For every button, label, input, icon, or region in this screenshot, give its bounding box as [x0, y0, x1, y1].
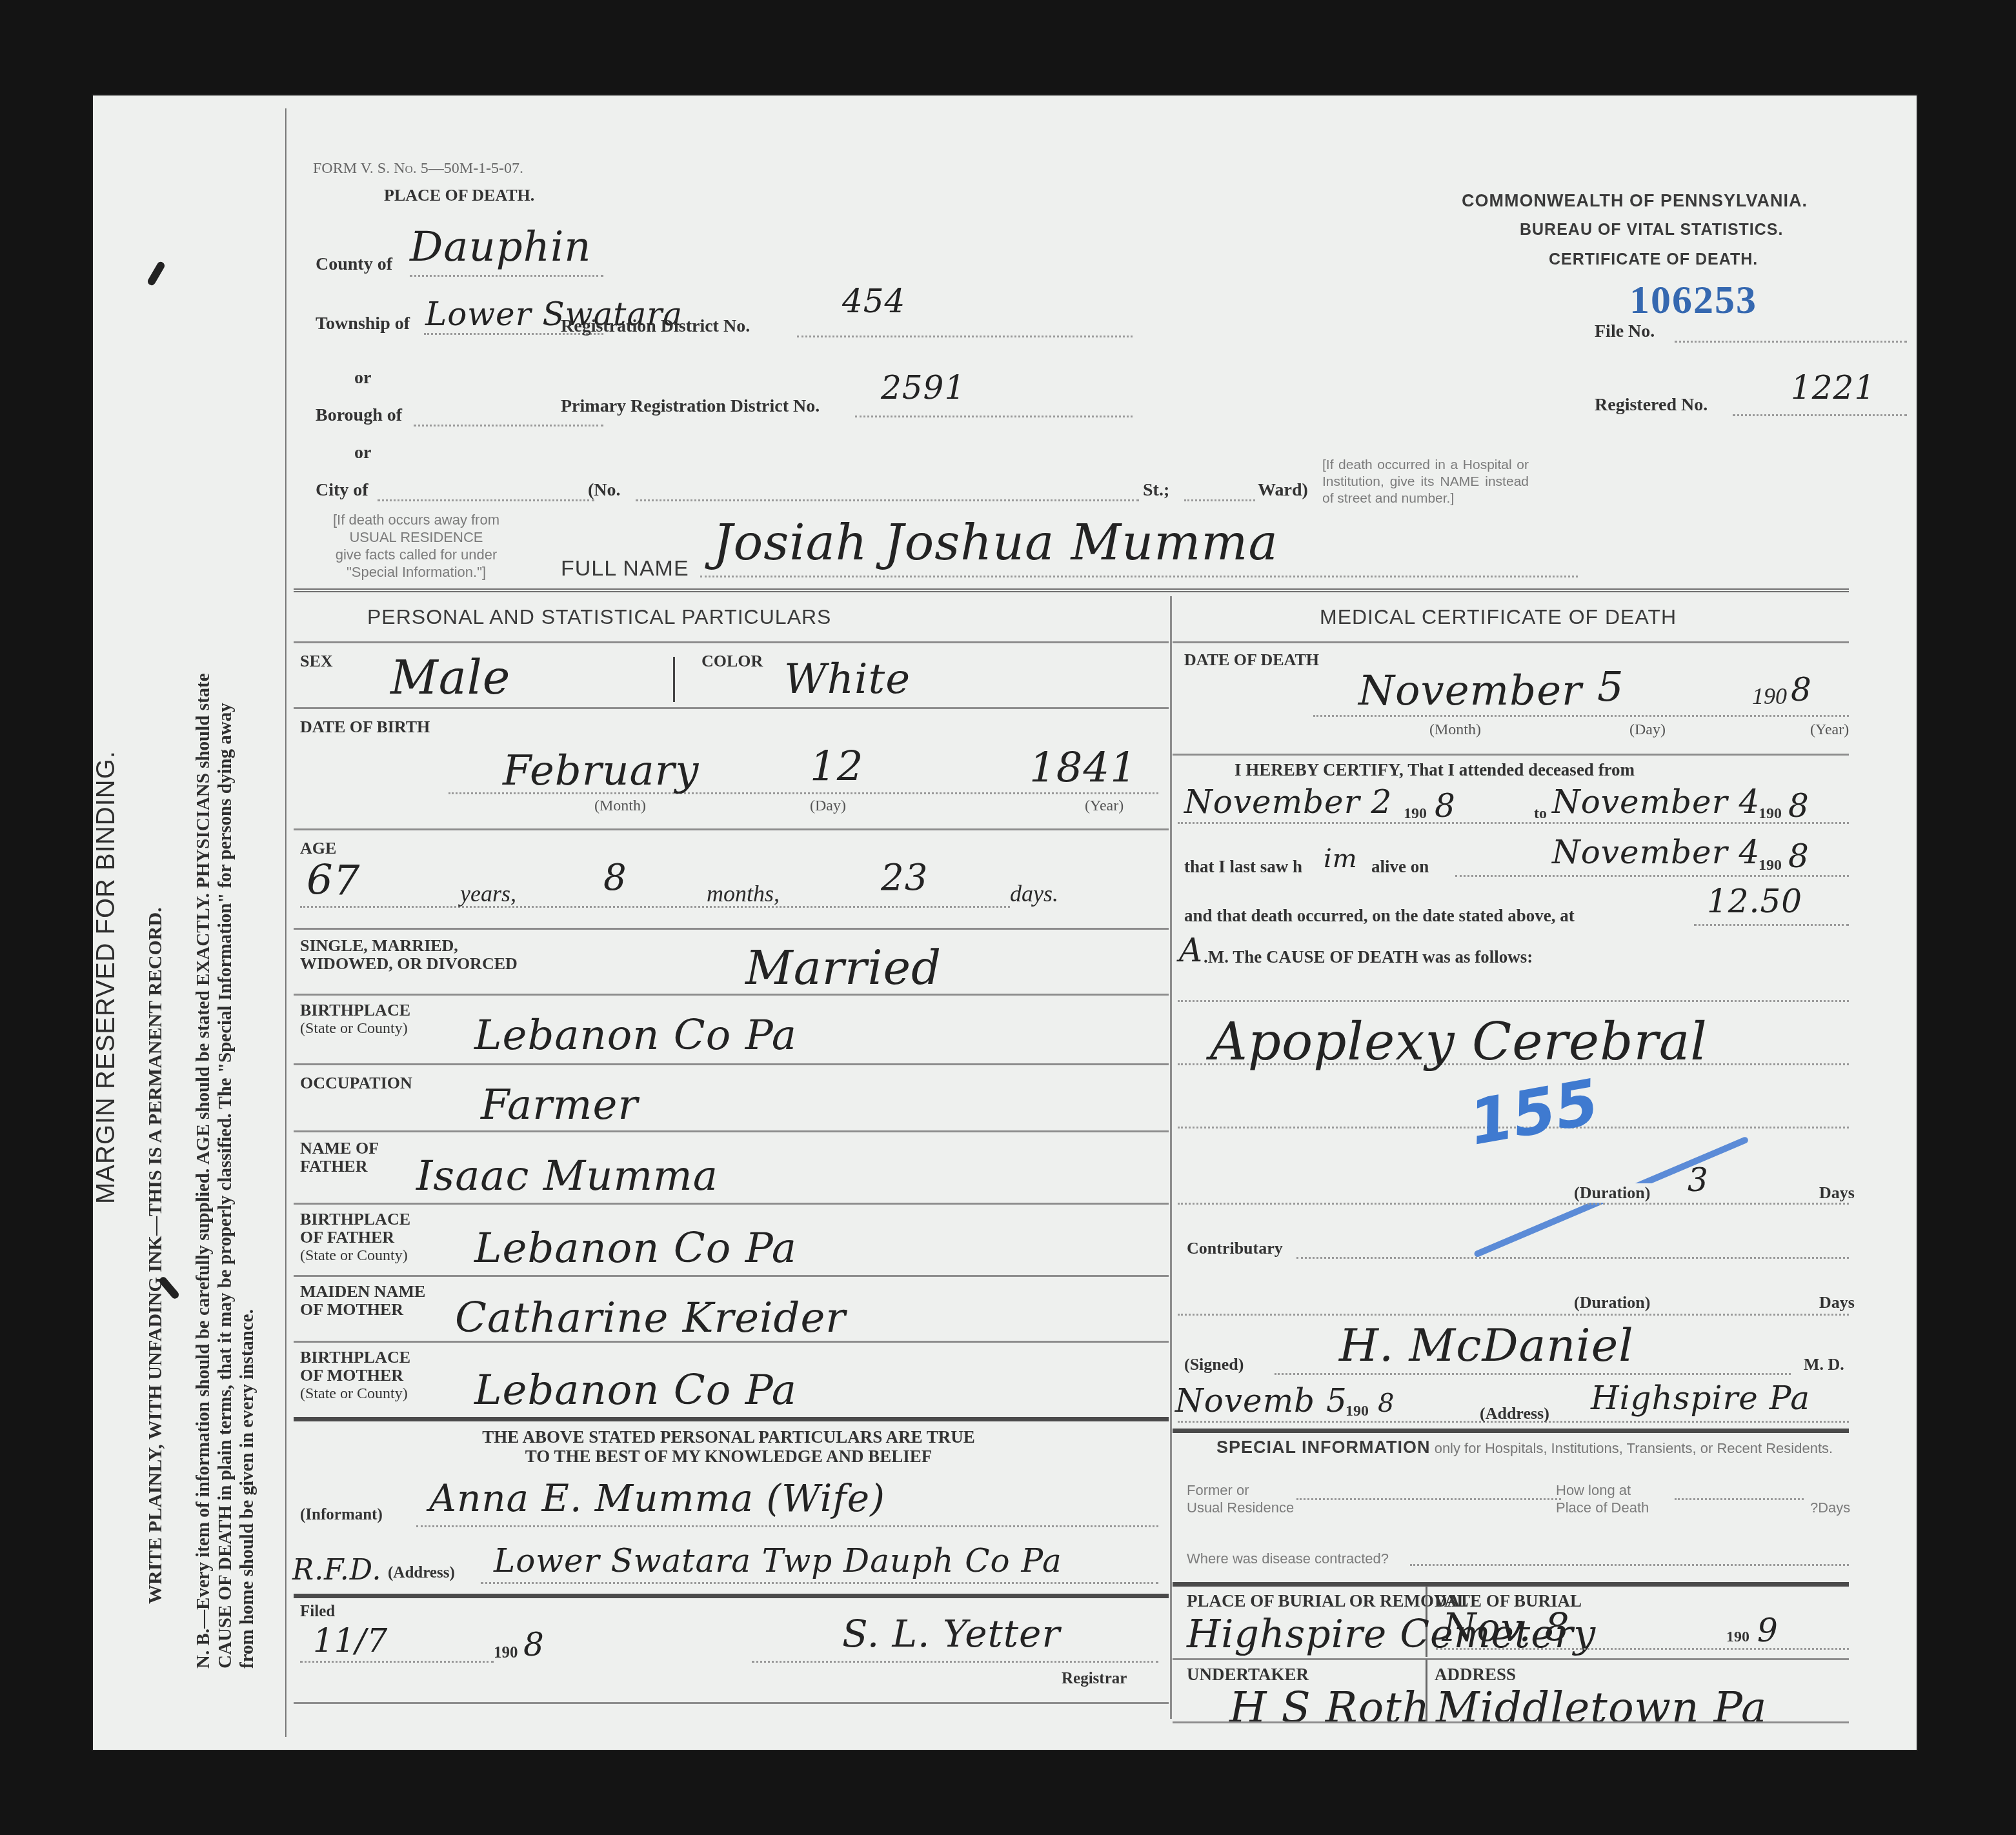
last-saw-year: 8 — [1788, 837, 1809, 875]
birthplace-value: Lebanon Co Pa — [474, 1012, 797, 1059]
how-long-line — [1675, 1498, 1804, 1500]
signed-label: (Signed) — [1184, 1355, 1244, 1374]
color-label: COLOR — [701, 652, 763, 671]
column-divider — [1170, 596, 1172, 1719]
age-days-value: 23 — [881, 857, 928, 899]
street-number-label: (No. — [588, 480, 621, 501]
mother-maiden-name-label-line: OF MOTHER — [300, 1301, 425, 1319]
cause-line — [1178, 1000, 1849, 1002]
usual-residence-note-line: give facts called for under — [300, 546, 532, 563]
duration-label: (Duration) — [1571, 1293, 1653, 1312]
informant-line — [416, 1525, 1158, 1527]
marital-status-label-line: SINGLE, MARRIED, — [300, 937, 518, 955]
burial-year-prefix: 190 — [1726, 1629, 1749, 1646]
death-time-label: and that death occurred, on the date sta… — [1184, 906, 1575, 926]
signature-line — [1275, 1373, 1791, 1375]
marital-status-label-line: WIDOWED, OR DIVORCED — [300, 955, 518, 973]
filed-date-line — [300, 1661, 494, 1663]
registrar-signature: S. L. Yetter — [842, 1612, 1060, 1656]
last-saw-line — [1455, 875, 1849, 877]
age-line — [300, 906, 1010, 908]
file-no-label: File No. — [1595, 321, 1655, 342]
registrar-line — [752, 1661, 1158, 1663]
special-info-subtitle: only for Hospitals, Institutions, Transi… — [1435, 1440, 1833, 1456]
usual-residence-note-line: [If death occurs away from — [300, 511, 532, 528]
father-birthplace-label: BIRTHPLACE OF FATHER (State or County) — [300, 1210, 410, 1265]
section-divider — [294, 588, 1849, 592]
father-name-label: NAME OF FATHER — [300, 1139, 379, 1176]
row-divider — [294, 994, 1169, 996]
form-number: FORM V. S. No. 5—50M-1-5-07. — [313, 160, 523, 177]
age-months-value: 8 — [603, 857, 627, 899]
section-divider — [294, 1594, 1169, 1598]
state-or-county-caption: (State or County) — [300, 1019, 410, 1038]
county-value: Dauphin — [410, 223, 592, 271]
mother-maiden-name-value: Catharine Kreider — [455, 1294, 846, 1342]
informant-address-line — [481, 1582, 1158, 1584]
date-of-birth-label: DATE OF BIRTH — [300, 717, 430, 737]
personal-section-title: PERSONAL AND STATISTICAL PARTICULARS — [367, 605, 831, 629]
last-saw-label: that I last saw h — [1184, 857, 1302, 877]
county-label: County of — [316, 254, 392, 275]
row-divider — [294, 1341, 1169, 1343]
undertaker-value: H S Roth — [1229, 1683, 1430, 1732]
or-label: or — [354, 443, 371, 463]
mother-birthplace-value: Lebanon Co Pa — [474, 1367, 797, 1414]
row-divider — [1173, 1721, 1849, 1723]
date-of-birth-month: February — [503, 747, 699, 795]
full-name-line — [700, 576, 1578, 577]
md-label: M. D. — [1804, 1355, 1844, 1374]
last-saw-pronoun: im — [1324, 844, 1358, 874]
row-divider — [294, 1702, 1169, 1704]
physician-signature: H. McDaniel — [1339, 1319, 1634, 1372]
signed-year: 8 — [1378, 1389, 1395, 1418]
years-word: years, — [460, 880, 516, 907]
former-residence-label: Former or Usual Residence — [1187, 1481, 1294, 1516]
registration-district-value: 454 — [842, 283, 905, 320]
rfd-note: R.F.D. — [292, 1554, 381, 1587]
date-of-death-label: DATE OF DEATH — [1184, 650, 1319, 670]
section-divider — [1173, 1429, 1849, 1433]
how-long-days: ?Days — [1810, 1499, 1850, 1516]
alive-on-label: alive on — [1371, 857, 1429, 877]
full-name-value: Josiah Joshua Mumma — [713, 514, 1278, 571]
or-label: or — [354, 368, 371, 388]
bureau-title: BUREAU OF VITAL STATISTICS. — [1520, 221, 1783, 239]
year-prefix: 190 — [1759, 857, 1782, 874]
father-birthplace-label-line: OF FATHER — [300, 1228, 410, 1247]
date-of-death-line — [1313, 715, 1849, 717]
usual-residence-note-line: USUAL RESIDENCE — [300, 528, 532, 546]
year-caption: (Year) — [1085, 797, 1124, 815]
primary-registration-district-value: 2591 — [881, 369, 965, 406]
attestation-line: TO THE BEST OF MY KNOWLEDGE AND BELIEF — [303, 1447, 1154, 1466]
street-label: St.; — [1143, 480, 1169, 501]
date-of-death-month: November — [1358, 667, 1582, 715]
attestation-line: THE ABOVE STATED PERSONAL PARTICULARS AR… — [303, 1427, 1154, 1447]
section-divider — [1173, 1582, 1849, 1587]
filed-date-value: 11/7 — [313, 1622, 388, 1660]
registration-district-line — [797, 336, 1133, 337]
attended-line — [1178, 822, 1849, 824]
row-divider — [1173, 641, 1849, 643]
death-time-line — [1694, 924, 1849, 926]
row-divider — [1173, 754, 1849, 756]
nb-line-2: CAUSE OF DEATH in plain terms, that it m… — [214, 673, 236, 1669]
sex-color-divider — [673, 657, 675, 702]
borough-line — [414, 425, 603, 426]
how-long-label: How long at Place of Death — [1556, 1481, 1649, 1516]
days-label: Days — [1817, 1183, 1855, 1203]
file-no-line — [1675, 341, 1907, 343]
duration-value: 3 — [1688, 1161, 1709, 1199]
undertaker-address-label: ADDRESS — [1435, 1665, 1516, 1685]
father-birthplace-value: Lebanon Co Pa — [474, 1225, 797, 1272]
year-prefix: 190 — [1759, 805, 1782, 823]
contributory-line — [1296, 1257, 1849, 1259]
binding-margin: MARGIN RESERVED FOR BINDING. WRITE PLAIN… — [92, 94, 285, 1751]
months-word: months, — [707, 880, 780, 907]
cause-of-death-value: Apoplexy Cerebral — [1210, 1012, 1708, 1072]
nb-line-1: N. B.—Every item of information should b… — [192, 673, 214, 1669]
physician-address: Highspire Pa — [1591, 1379, 1810, 1417]
certify-statement: I HEREBY CERTIFY, That I attended deceas… — [1235, 760, 1635, 780]
attestation-text: THE ABOVE STATED PERSONAL PARTICULARS AR… — [303, 1427, 1154, 1466]
birthplace-label: BIRTHPLACE (State or County) — [300, 1001, 410, 1038]
informant-value: Anna E. Mumma (Wife) — [429, 1476, 885, 1520]
mother-maiden-name-label-line: MAIDEN NAME — [300, 1283, 425, 1301]
where-contracted-line — [1410, 1564, 1849, 1566]
date-of-birth-year: 1841 — [1029, 745, 1137, 792]
am-pm-value: A — [1179, 932, 1203, 969]
last-saw-date: November 4 — [1552, 834, 1760, 871]
ward-line — [1184, 499, 1255, 501]
physician-address-label: (Address) — [1480, 1404, 1549, 1423]
former-residence-label-line: Former or — [1187, 1481, 1294, 1499]
father-name-label-line: NAME OF — [300, 1139, 379, 1158]
primary-registration-district-label: Primary Registration District No. — [561, 396, 820, 417]
burial-date-value: Nov. 8 — [1442, 1605, 1570, 1650]
date-of-death-day: 5 — [1597, 663, 1624, 711]
filed-year-suffix: 8 — [523, 1626, 545, 1663]
sex-label: SEX — [300, 652, 333, 671]
informant-address-value: Lower Swatara Twp Dauph Co Pa — [494, 1542, 1062, 1579]
day-caption: (Day) — [1629, 721, 1666, 739]
row-divider — [294, 641, 1169, 643]
row-divider — [294, 1275, 1169, 1277]
file-number-stamp: 106253 — [1629, 277, 1757, 323]
days-label: Days — [1817, 1293, 1855, 1312]
age-label: AGE — [300, 839, 336, 858]
attended-to-date: November 4 — [1552, 783, 1760, 821]
month-caption: (Month) — [594, 797, 646, 815]
full-name-label: FULL NAME — [561, 556, 689, 581]
commonwealth-title: COMMONWEALTH OF PENNSYLVANIA. — [1462, 191, 1808, 211]
special-info-heading: SPECIAL INFORMATION only for Hospitals, … — [1216, 1438, 1833, 1458]
registration-district-label: Registration District No. — [561, 316, 750, 337]
month-caption: (Month) — [1429, 721, 1481, 739]
duration-line — [1178, 1314, 1849, 1316]
state-or-county-caption: (State or County) — [300, 1385, 410, 1403]
medical-section-title: MEDICAL CERTIFICATE OF DEATH — [1320, 605, 1677, 629]
cause-intro: .M. The CAUSE OF DEATH was as follows: — [1204, 947, 1533, 967]
attended-to-year: 8 — [1788, 787, 1809, 825]
primary-registration-district-line — [855, 416, 1133, 417]
registered-no-value: 1221 — [1791, 369, 1875, 406]
row-divider — [294, 828, 1169, 830]
borough-label: Borough of — [316, 405, 402, 426]
where-contracted-label: Where was disease contracted? — [1187, 1550, 1389, 1567]
county-line — [410, 275, 603, 277]
binding-note: MARGIN RESERVED FOR BINDING. — [92, 750, 121, 1204]
write-plainly-note: WRITE PLAINLY, WITH UNFADING INK—THIS IS… — [145, 907, 166, 1604]
year-prefix: 190 — [1404, 805, 1427, 823]
days-word: days. — [1010, 880, 1058, 907]
row-divider — [294, 1130, 1169, 1132]
row-divider — [294, 707, 1169, 709]
date-of-death-year-prefix: 190 — [1752, 683, 1787, 710]
binding-hole-mark — [146, 261, 166, 287]
date-of-death-year-suffix: 8 — [1791, 671, 1812, 708]
mother-birthplace-label-line: OF MOTHER — [300, 1367, 410, 1385]
classification-code: 155 — [1464, 1065, 1604, 1159]
death-time-value: 12.50 — [1707, 883, 1802, 920]
occupation-label: OCCUPATION — [300, 1074, 412, 1093]
nb-line-3: from home should be given in every insta… — [236, 673, 258, 1669]
occupation-value: Farmer — [481, 1081, 638, 1129]
township-label: Township of — [316, 314, 410, 334]
street-line — [636, 499, 1139, 501]
hospital-note: [If death occurred in a Hospital or Inst… — [1322, 457, 1529, 507]
special-info-title: SPECIAL INFORMATION — [1216, 1438, 1431, 1457]
place-of-death-title: PLACE OF DEATH. — [384, 186, 534, 205]
marital-status-label: SINGLE, MARRIED, WIDOWED, OR DIVORCED — [300, 937, 518, 973]
contributory-label: Contributary — [1187, 1239, 1283, 1258]
former-residence-line — [1296, 1498, 1561, 1500]
date-of-birth-day: 12 — [810, 743, 863, 791]
burial-year-suffix: 9 — [1757, 1612, 1779, 1649]
age-years-value: 67 — [307, 857, 360, 905]
city-label: City of — [316, 480, 368, 501]
row-divider — [1173, 1658, 1849, 1660]
mother-birthplace-label-line: BIRTHPLACE — [300, 1349, 410, 1367]
filed-year-prefix: 190 — [494, 1644, 518, 1662]
attended-from-year: 8 — [1435, 787, 1456, 825]
day-caption: (Day) — [810, 797, 846, 815]
father-name-value: Isaac Mumma — [416, 1152, 718, 1200]
father-name-label-line: FATHER — [300, 1158, 379, 1176]
filed-label: Filed — [300, 1603, 335, 1621]
registered-no-line — [1733, 414, 1907, 416]
duration-label: (Duration) — [1571, 1183, 1653, 1203]
year-prefix: 190 — [1346, 1403, 1369, 1420]
state-or-county-caption: (State or County) — [300, 1247, 410, 1265]
former-residence-label-line: Usual Residence — [1187, 1499, 1294, 1516]
ward-label: Ward) — [1258, 480, 1308, 501]
row-divider — [294, 928, 1169, 930]
usual-residence-note: [If death occurs away from USUAL RESIDEN… — [300, 511, 532, 581]
mother-maiden-name-label: MAIDEN NAME OF MOTHER — [300, 1283, 425, 1319]
duration-line — [1178, 1203, 1849, 1205]
how-long-label-line: How long at — [1556, 1481, 1649, 1499]
year-caption: (Year) — [1810, 721, 1849, 739]
informant-address-label: (Address) — [388, 1564, 455, 1582]
signed-date: Novemb 5 — [1175, 1382, 1347, 1419]
attended-from-date: November 2 — [1184, 783, 1392, 821]
usual-residence-note-line: "Special Information."] — [300, 563, 532, 581]
form-frame: FORM V. S. No. 5—50M-1-5-07. PLACE OF DE… — [285, 108, 1911, 1737]
certificate-title: CERTIFICATE OF DEATH. — [1549, 250, 1758, 269]
marital-status-value: Married — [745, 941, 942, 995]
row-divider — [294, 1203, 1169, 1205]
to-label: to — [1534, 805, 1547, 823]
city-line — [378, 499, 594, 501]
registered-no-label: Registered No. — [1595, 395, 1708, 416]
informant-label: (Informant) — [300, 1506, 383, 1524]
birthplace-label-line: BIRTHPLACE — [300, 1001, 410, 1019]
section-divider — [294, 1417, 1169, 1421]
undertaker-divider — [1426, 1660, 1427, 1721]
undertaker-address-value: Middletown Pa — [1436, 1683, 1767, 1732]
undertaker-label: UNDERTAKER — [1187, 1665, 1309, 1685]
death-certificate: MARGIN RESERVED FOR BINDING. WRITE PLAIN… — [92, 94, 1918, 1751]
how-long-label-line: Place of Death — [1556, 1499, 1649, 1516]
color-value: White — [784, 656, 911, 703]
mother-birthplace-label: BIRTHPLACE OF MOTHER (State or County) — [300, 1349, 410, 1403]
row-divider — [294, 1063, 1169, 1065]
registrar-label: Registrar — [1062, 1670, 1127, 1688]
nb-instructions: N. B.—Every item of information should b… — [192, 673, 258, 1669]
sex-value: Male — [390, 650, 510, 705]
father-birthplace-label-line: BIRTHPLACE — [300, 1210, 410, 1228]
